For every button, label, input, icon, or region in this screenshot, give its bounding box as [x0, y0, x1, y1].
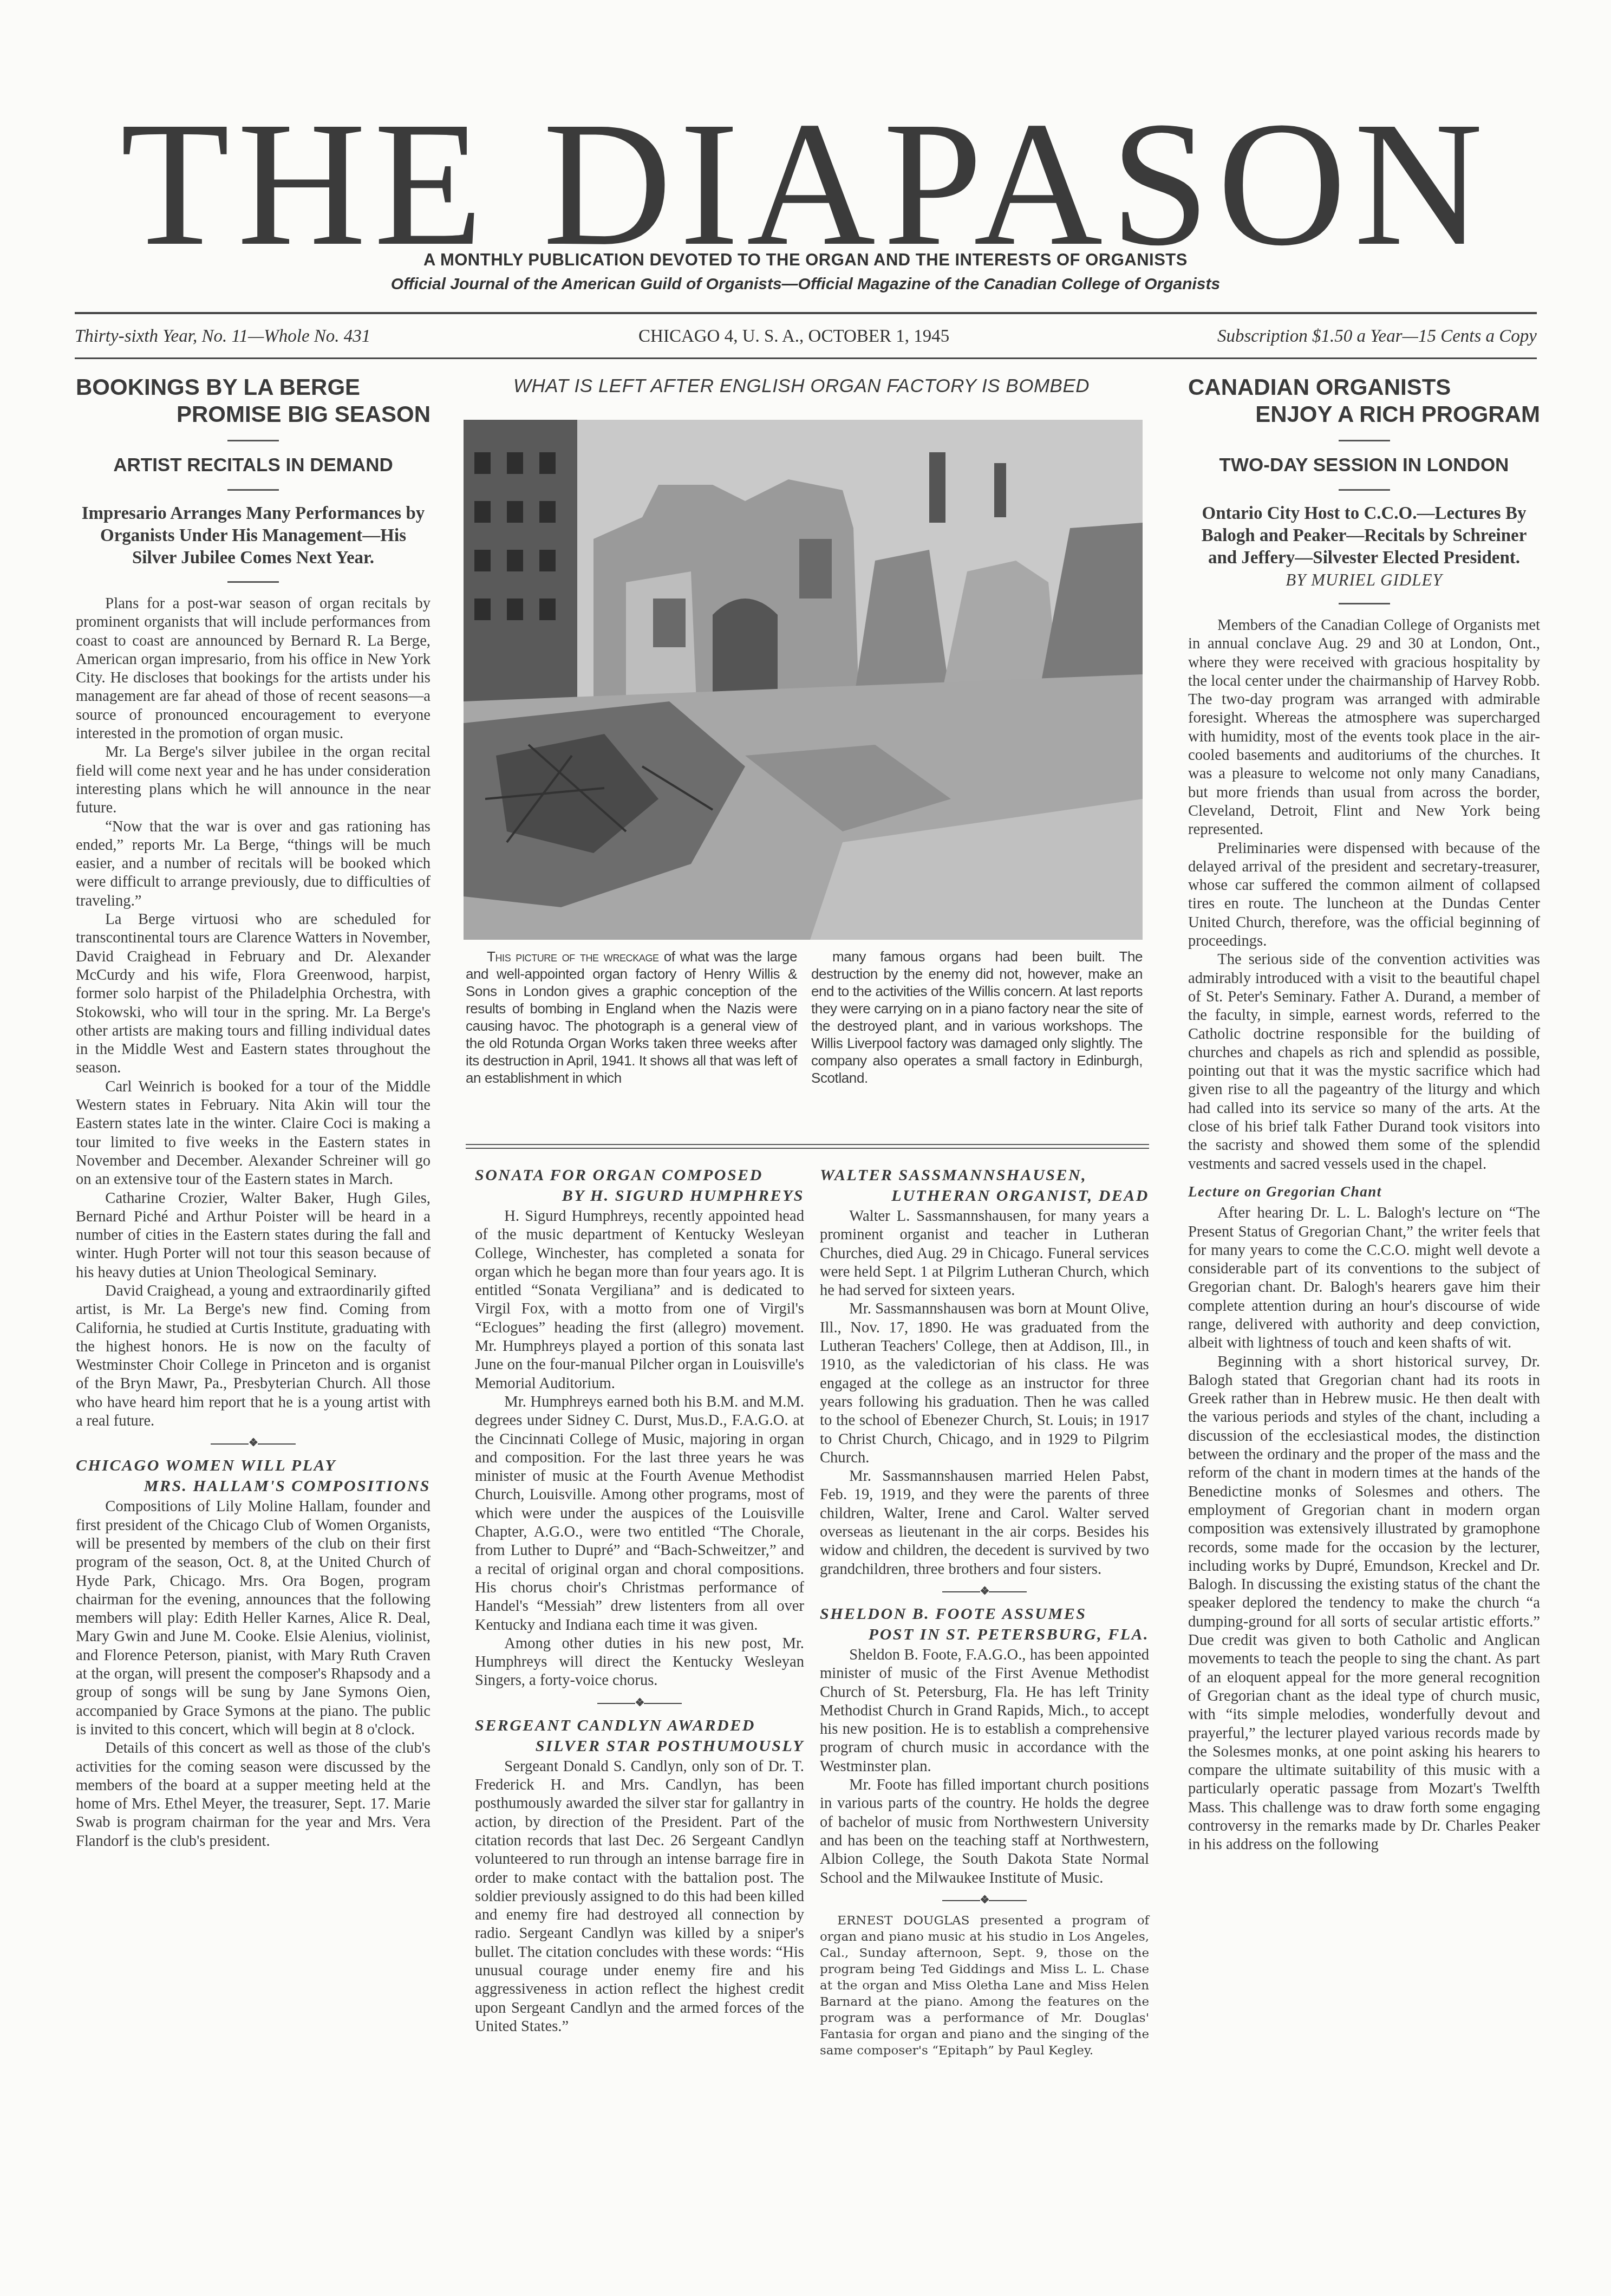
dateline: Thirty-sixth Year, No. 11—Whole No. 431 …	[75, 327, 1537, 347]
fleuron-icon: ❖	[635, 1697, 644, 1709]
paragraph: Mr. Sassmannshausen was born at Mount Ol…	[820, 1300, 1149, 1467]
volume-info: Thirty-sixth Year, No. 11—Whole No. 431	[75, 327, 370, 347]
paragraph: Among other duties in his new post, Mr. …	[475, 1635, 804, 1690]
fleuron-icon: ❖	[980, 1894, 989, 1906]
caption-lead: This picture of the wreckage	[487, 948, 659, 965]
caption-paragraph-2: many famous organs had been built. The d…	[811, 948, 1143, 1087]
tagline: A MONTHLY PUBLICATION DEVOTED TO THE ORG…	[0, 250, 1611, 270]
divider	[1339, 489, 1390, 491]
dateline-rule	[75, 357, 1537, 359]
paragraph: Mr. Foote has filled important church po…	[820, 1776, 1149, 1888]
masthead: THE DIAPASON	[0, 103, 1611, 265]
section-rule	[466, 1144, 1149, 1149]
column-1: BOOKINGS BY LA BERGE PROMISE BIG SEASON …	[76, 374, 431, 1851]
ornament-divider: ❖	[820, 1892, 1149, 1908]
headline-humphreys: SONATA FOR ORGAN COMPOSED BY H. SIGURD H…	[475, 1165, 804, 1206]
paragraph: Carl Weinrich is booked for a tour of th…	[76, 1078, 431, 1189]
paragraph: After hearing Dr. L. L. Balogh's lecture…	[1188, 1204, 1540, 1352]
paragraph: Sergeant Donald S. Candlyn, only son of …	[475, 1758, 804, 2036]
paragraph: Walter L. Sassmannshausen, for many year…	[820, 1207, 1149, 1300]
caption-paragraph-1: This picture of the wreckage of what was…	[466, 948, 797, 1087]
paragraph: Catharine Crozier, Walter Baker, Hugh Gi…	[76, 1189, 431, 1282]
subscription-price: Subscription $1.50 a Year—15 Cents a Cop…	[1217, 327, 1537, 347]
headline-laberge: BOOKINGS BY LA BERGE PROMISE BIG SEASON	[76, 374, 431, 428]
paragraph: “Now that the war is over and gas ration…	[76, 818, 431, 910]
place-date: CHICAGO 4, U. S. A., OCTOBER 1, 1945	[638, 327, 949, 347]
paragraph: Details of this concert as well as those…	[76, 1739, 431, 1851]
divider	[227, 440, 279, 441]
divider	[227, 489, 279, 491]
paragraph: David Craighead, a young and extraordina…	[76, 1282, 431, 1430]
subhead-laberge: ARTIST RECITALS IN DEMAND	[76, 453, 431, 477]
section-head-gregorian: Lecture on Gregorian Chant	[1188, 1182, 1540, 1201]
column-3: WALTER SASSMANNSHAUSEN, LUTHERAN ORGANIS…	[820, 1162, 1149, 2059]
paragraph: Preliminaries were dispensed with becaus…	[1188, 840, 1540, 951]
paragraph: Sheldon B. Foote, F.A.G.O., has been app…	[820, 1646, 1149, 1776]
divider	[1339, 603, 1390, 604]
ornament-divider: ❖	[475, 1695, 804, 1711]
publication-title: THE DIAPASON	[0, 103, 1611, 265]
photo-caption: This picture of the wreckage of what was…	[466, 948, 1143, 1087]
headline-foote: SHELDON B. FOOTE ASSUMES POST IN ST. PET…	[820, 1604, 1149, 1645]
masthead-rule	[75, 312, 1537, 314]
paragraph: The serious side of the convention activ…	[1188, 951, 1540, 1174]
deck-laberge: Impresario Arranges Many Performances by…	[76, 503, 431, 569]
fleuron-icon: ❖	[980, 1585, 989, 1597]
bombed-factory-photo	[464, 420, 1143, 940]
photo-ruins-illustration	[464, 420, 1143, 940]
headline-hallam: CHICAGO WOMEN WILL PLAY MRS. HALLAM'S CO…	[76, 1455, 431, 1497]
sub-tagline: Official Journal of the American Guild o…	[0, 275, 1611, 294]
headline-candlyn: SERGEANT CANDLYN AWARDED SILVER STAR POS…	[475, 1715, 804, 1757]
ornament-divider: ❖	[820, 1583, 1149, 1599]
divider	[227, 581, 279, 583]
fleuron-icon: ❖	[249, 1437, 258, 1449]
column-2: SONATA FOR ORGAN COMPOSED BY H. SIGURD H…	[475, 1162, 804, 2036]
deck-canadian: Ontario City Host to C.C.O.—Lectures By …	[1188, 503, 1540, 569]
paragraph: Mr. La Berge's silver jubilee in the org…	[76, 743, 431, 817]
paragraph: H. Sigurd Humphreys, recently appointed …	[475, 1207, 804, 1393]
byline: BY MURIEL GIDLEY	[1188, 569, 1540, 591]
headline-sassmannshausen: WALTER SASSMANNSHAUSEN, LUTHERAN ORGANIS…	[820, 1165, 1149, 1206]
photo-headline: WHAT IS LEFT AFTER ENGLISH ORGAN FACTORY…	[466, 375, 1137, 397]
column-4: CANADIAN ORGANISTS ENJOY A RICH PROGRAM …	[1188, 374, 1540, 1855]
paragraph: La Berge virtuosi who are scheduled for …	[76, 910, 431, 1078]
brief-douglas: ERNEST DOUGLAS presented a program of or…	[820, 1913, 1149, 2059]
paragraph: Plans for a post-war season of organ rec…	[76, 595, 431, 743]
headline-canadian: CANADIAN ORGANISTS ENJOY A RICH PROGRAM	[1188, 374, 1540, 428]
divider	[1339, 440, 1390, 441]
ornament-divider: ❖	[76, 1435, 431, 1451]
paragraph: Compositions of Lily Moline Hallam, foun…	[76, 1498, 431, 1739]
paragraph: Members of the Canadian College of Organ…	[1188, 616, 1540, 840]
paragraph: Mr. Sassmannshausen married Helen Pabst,…	[820, 1467, 1149, 1579]
brief-lead: ERNEST DOUGLAS	[837, 1914, 969, 1928]
paragraph: Mr. Humphreys earned both his B.M. and M…	[475, 1393, 804, 1635]
paragraph: Beginning with a short historical survey…	[1188, 1353, 1540, 1855]
subhead-canadian: TWO-DAY SESSION IN LONDON	[1188, 453, 1540, 477]
